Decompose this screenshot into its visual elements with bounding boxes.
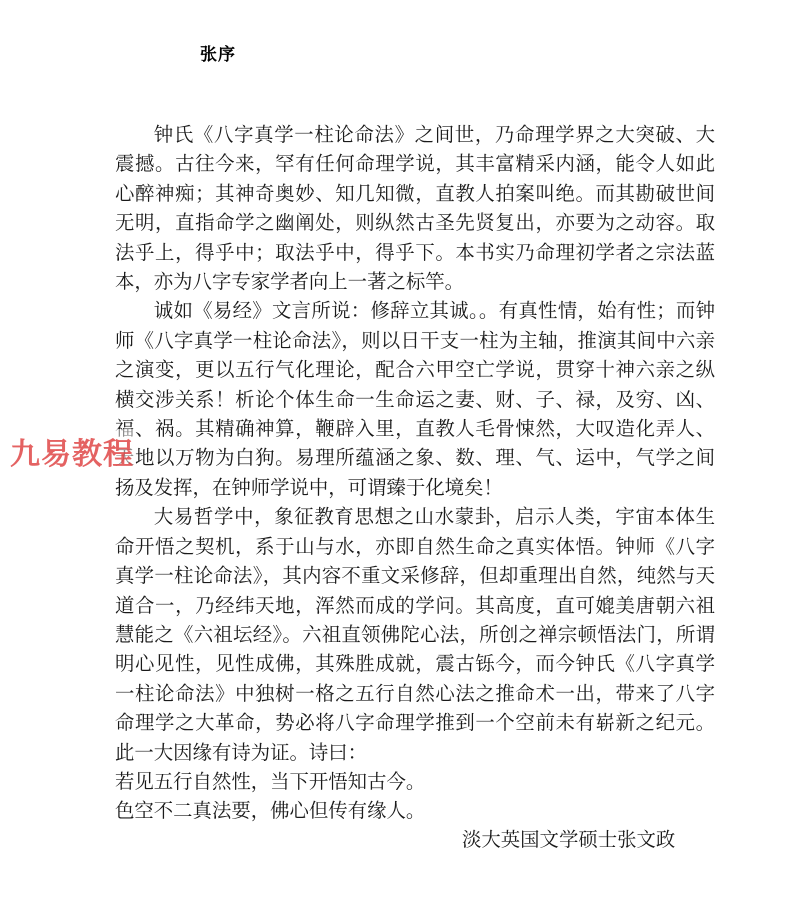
document-page: 张序 钟氏《八字真学一柱论命法》之间世，乃命理学界之大突破、大震撼。古往今来，罕… [0, 0, 812, 898]
preface-body: 钟氏《八字真学一柱论命法》之间世，乃命理学界之大突破、大震撼。古往今来，罕有任何… [115, 120, 715, 826]
poem-line-2: 色空不二真法要，佛心但传有缘人。 [115, 796, 715, 825]
paragraph-2: 诚如《易经》文言所说：修辞立其诚。。有真性情，始有性；而钟师《八字真学一柱论命法… [115, 296, 715, 502]
watermark-logo: 九易教程 [8, 429, 136, 473]
paragraph-3: 大易哲学中，象征教育思想之山水蒙卦，启示人类，宇宙本体生命开悟之契机，系于山与水… [115, 502, 715, 767]
page-title: 张序 [200, 40, 236, 65]
author-signature: 淡大英国文学硕士张文政 [462, 824, 675, 852]
poem-line-1: 若见五行自然性，当下开悟知古今。 [115, 767, 715, 796]
paragraph-1: 钟氏《八字真学一柱论命法》之间世，乃命理学界之大突破、大震撼。古往今来，罕有任何… [115, 120, 715, 296]
